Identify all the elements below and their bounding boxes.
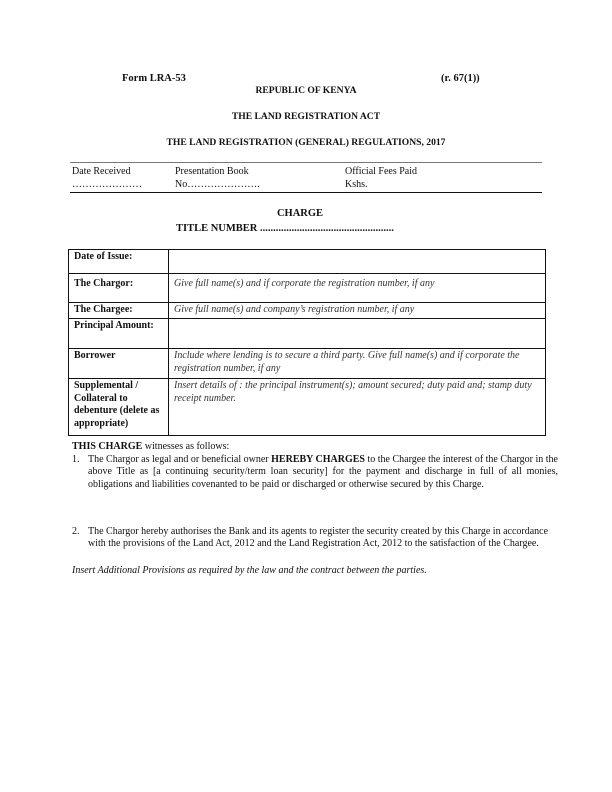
row-label-chargee: The Chargee: [69, 303, 169, 319]
row-value-date-of-issue[interactable] [169, 250, 546, 274]
presentation-book-value[interactable]: No…………………. [175, 178, 260, 191]
charge-details-table: Date of Issue: The Chargor: Give full na… [68, 249, 546, 436]
clause-bold-text: HEREBY CHARGES [271, 454, 365, 465]
row-value-borrower[interactable]: Include where lending is to secure a thi… [169, 349, 546, 379]
presentation-book-label: Presentation Book [175, 165, 260, 178]
row-value-principal-amount[interactable] [169, 319, 546, 349]
row-value-chargor[interactable]: Give full name(s) and if corporate the r… [169, 274, 546, 303]
document-title: CHARGE [0, 208, 600, 219]
official-fees-value[interactable]: Kshs. [345, 178, 417, 191]
row-label-date-of-issue: Date of Issue: [69, 250, 169, 274]
row-label-chargor: The Chargor: [69, 274, 169, 303]
date-received-value[interactable]: ………………… [72, 178, 142, 191]
clause-text: The Chargor hereby authorises the Bank a… [88, 526, 548, 549]
rule-reference: (r. 67(1)) [441, 73, 480, 84]
regulations-heading: THE LAND REGISTRATION (GENERAL) REGULATI… [0, 137, 612, 148]
table-row: Supplemental / Collateral to debenture (… [69, 379, 546, 436]
date-received-label: Date Received [72, 165, 142, 178]
clause-1: 1.The Chargor as legal and or beneficial… [72, 454, 558, 491]
row-label-supplemental: Supplemental / Collateral to debenture (… [69, 379, 169, 436]
table-row: Date of Issue: [69, 250, 546, 274]
witness-statement: THIS CHARGE witnesses as follows: [72, 441, 542, 453]
row-label-principal-amount: Principal Amount: [69, 319, 169, 349]
table-row: Borrower Include where lending is to sec… [69, 349, 546, 379]
country-heading: REPUBLIC OF KENYA [0, 85, 612, 96]
clause-2: 2.The Chargor hereby authorises the Bank… [72, 526, 558, 551]
form-number: Form LRA-53 [122, 73, 186, 84]
clause-number: 1. [72, 454, 88, 466]
witness-bold: THIS CHARGE [72, 441, 142, 452]
title-number-field[interactable]: TITLE NUMBER ...........................… [176, 223, 394, 234]
witness-rest: witnesses as follows: [142, 441, 229, 452]
presentation-book-field[interactable]: Presentation Book No…………………. [175, 165, 260, 191]
additional-provisions-note: Insert Additional Provisions as required… [72, 565, 542, 577]
registry-strip: Date Received ………………… Presentation Book … [70, 162, 542, 193]
table-row: The Chargor: Give full name(s) and if co… [69, 274, 546, 303]
official-fees-field[interactable]: Official Fees Paid Kshs. [345, 165, 417, 191]
official-fees-label: Official Fees Paid [345, 165, 417, 178]
row-value-chargee[interactable]: Give full name(s) and company’s registra… [169, 303, 546, 319]
row-value-supplemental[interactable]: Insert details of : the principal instru… [169, 379, 546, 436]
clause-number: 2. [72, 526, 88, 538]
date-received-field[interactable]: Date Received ………………… [72, 165, 142, 191]
table-row: The Chargee: Give full name(s) and compa… [69, 303, 546, 319]
clause-text: The Chargor as legal and or beneficial o… [88, 454, 271, 465]
act-heading: THE LAND REGISTRATION ACT [0, 111, 612, 122]
row-label-borrower: Borrower [69, 349, 169, 379]
table-row: Principal Amount: [69, 319, 546, 349]
